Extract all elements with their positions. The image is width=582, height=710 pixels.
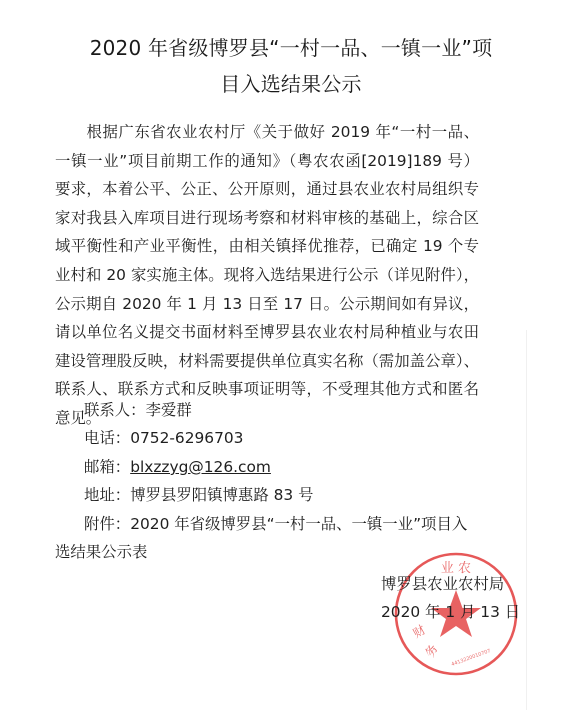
email-label: 邮箱：	[84, 458, 130, 476]
attachment-label: 附件：	[84, 515, 130, 533]
address-value: 博罗县罗阳镇博惠路 83 号	[130, 486, 313, 504]
scan-edge-divider	[526, 330, 527, 710]
svg-text:务: 务	[422, 642, 440, 659]
contact-person-label: 联系人：	[84, 401, 146, 419]
email-link[interactable]: blxzzyg@126.com	[130, 458, 271, 476]
document-title: 2020 年省级博罗县“一村一品、一镇一业”项 目入选结果公示	[40, 30, 542, 102]
phone-value: 0752-6296703	[130, 429, 243, 447]
title-line-1: 2020 年省级博罗县“一村一品、一镇一业”项	[90, 36, 493, 60]
phone-label: 电话：	[84, 429, 130, 447]
attachment-line: 附件：2020 年省级博罗县“一村一品、一镇一业”项目入	[84, 510, 467, 538]
signature-date: 2020 年 1 月 13 日	[381, 598, 520, 626]
contact-person-value: 李爱群	[146, 401, 192, 419]
body-paragraph-text: 根据广东省农业农村厅《关于做好 2019 年“一村一品、一镇一业”项目前期工作的…	[55, 123, 479, 427]
contact-person-line: 联系人：李爱群	[84, 396, 192, 424]
phone-line: 电话：0752-6296703	[84, 424, 243, 452]
email-line: 邮箱：blxzzyg@126.com	[84, 453, 271, 481]
address-line: 地址：博罗县罗阳镇博惠路 83 号	[84, 481, 313, 509]
signature-organization: 博罗县农业农村局	[381, 570, 504, 598]
document-page: 2020 年省级博罗县“一村一品、一镇一业”项 目入选结果公示 根据广东省农业农…	[0, 0, 582, 710]
body-paragraph: 根据广东省农业农村厅《关于做好 2019 年“一村一品、一镇一业”项目前期工作的…	[55, 118, 479, 433]
attachment-line-continued: 选结果公示表	[55, 538, 147, 566]
address-label: 地址：	[84, 486, 130, 504]
attachment-value: 2020 年省级博罗县“一村一品、一镇一业”项目入	[130, 515, 467, 533]
title-line-2: 目入选结果公示	[40, 66, 542, 102]
